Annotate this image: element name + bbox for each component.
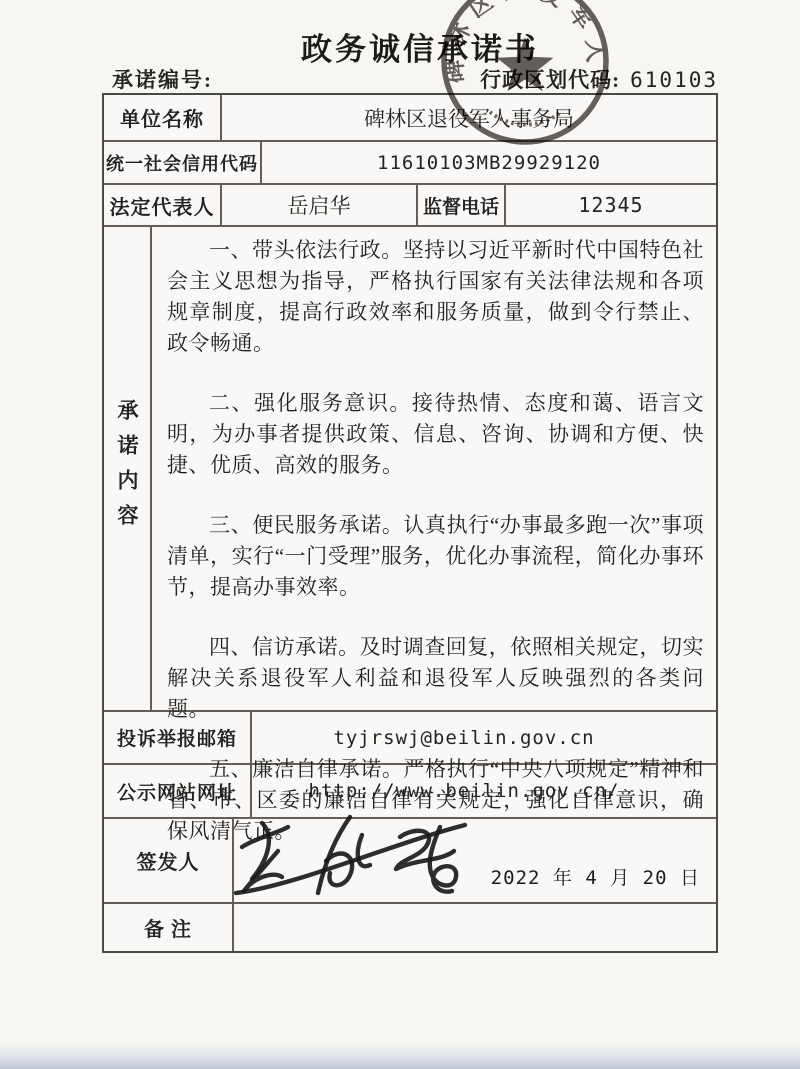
legal-rep-row: 法定代表人 岳启华 监督电话 12345 <box>104 185 716 227</box>
issue-date: 2022 年 4 月 20 日 <box>491 863 700 890</box>
header-line: 承诺编号: 行政区划代码:610103 <box>112 60 718 94</box>
scanned-document-page: 政务诚信承诺书 承诺编号: 行政区划代码:610103 碑林区退役军人事务局 单… <box>0 0 800 1069</box>
issuer-label: 签发人 <box>104 819 234 902</box>
legal-rep-label: 法定代表人 <box>104 185 222 225</box>
email-row: 投诉举报邮箱 tyjrswj@beilin.gov.cn <box>104 712 716 765</box>
email-label: 投诉举报邮箱 <box>104 712 252 763</box>
website-value: http://www.beilin.gov.cn/ <box>232 765 696 817</box>
promise-number-label: 承诺编号: <box>112 64 213 94</box>
remarks-value <box>234 904 716 951</box>
issuer-row: 签发人 2022 年 4 月 20 日 <box>104 819 716 904</box>
website-row: 公示网站网址 http://www.beilin.gov.cn/ <box>104 765 716 819</box>
email-value: tyjrswj@beilin.gov.cn <box>232 712 696 763</box>
credit-code-label: 统一社会信用代码 <box>104 142 262 183</box>
remarks-row: 备 注 <box>104 904 716 951</box>
admin-division-code: 行政区划代码:610103 <box>480 64 718 94</box>
unit-name-label: 单位名称 <box>104 95 222 140</box>
form-table: 单位名称 碑林区退役军人事务局 统一社会信用代码 11610103MB29929… <box>102 93 718 953</box>
commitment-paragraph-2: 二、强化服务意识。接待热情、态度和蔼、语言文明，为办事者提供政策、信息、咨询、协… <box>167 388 704 481</box>
credit-code-row: 统一社会信用代码 11610103MB29929120 <box>104 142 716 185</box>
phone-value: 12345 <box>506 185 716 225</box>
admin-code-label: 行政区划代码: <box>480 68 620 92</box>
unit-name-value: 碑林区退役军人事务局 <box>222 95 716 140</box>
commitment-row: 承诺内容 一、带头依法行政。坚持以习近平新时代中国特色社会主义思想为指导，严格执… <box>104 227 716 712</box>
commitment-content: 一、带头依法行政。坚持以习近平新时代中国特色社会主义思想为指导，严格执行国家有关… <box>152 227 716 710</box>
legal-rep-value: 岳启华 <box>222 185 418 225</box>
commitment-label: 承诺内容 <box>104 227 152 710</box>
issuer-value-area: 2022 年 4 月 20 日 <box>234 819 716 902</box>
unit-name-row: 单位名称 碑林区退役军人事务局 <box>104 95 716 142</box>
website-label: 公示网站网址 <box>104 765 252 817</box>
commitment-paragraph-1: 一、带头依法行政。坚持以习近平新时代中国特色社会主义思想为指导，严格执行国家有关… <box>167 235 704 359</box>
admin-code-value: 610103 <box>630 68 718 92</box>
credit-code-value: 11610103MB29929120 <box>262 142 716 183</box>
commitment-paragraph-3: 三、便民服务承诺。认真执行“办事最多跑一次”事项清单，实行“一门受理”服务，优化… <box>167 510 704 603</box>
remarks-label: 备 注 <box>104 904 234 951</box>
phone-label: 监督电话 <box>418 185 506 225</box>
